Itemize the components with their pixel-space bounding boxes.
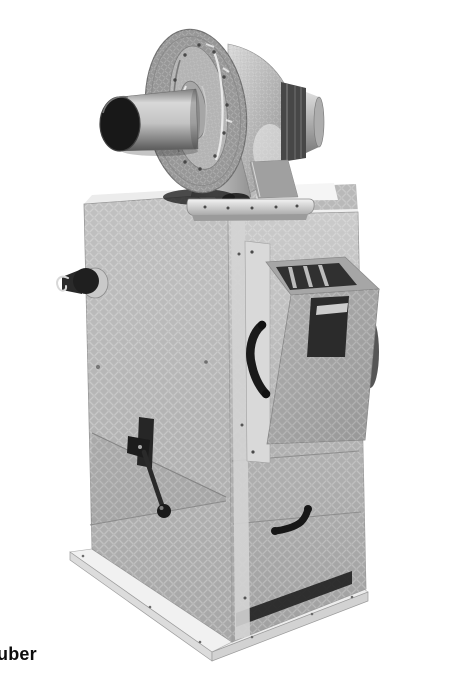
motor-flange-ring — [281, 82, 306, 162]
machine-illustration — [0, 0, 452, 680]
lever-ball — [157, 504, 171, 518]
caption-text: uber — [0, 643, 37, 665]
machine-photo: uber — [0, 0, 452, 680]
